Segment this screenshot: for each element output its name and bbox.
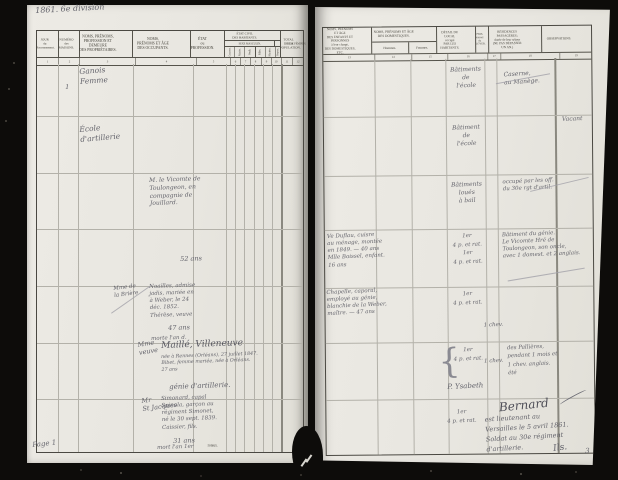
entry-r3-local: Bâtiments loués à bail xyxy=(448,180,485,205)
entry-r2-owner: École d'artillerie xyxy=(79,122,121,145)
right-table: NOMS, PRÉNOMS ET ÂGE DES ENFANTS ET PERS… xyxy=(322,25,596,456)
entry-r4-residences: Bâtiment du génie. Le Vicomte Hré de Tou… xyxy=(502,229,581,261)
grid-line xyxy=(272,64,273,452)
left-page: 1861. 6e division JOUR du Recensement. N… xyxy=(27,5,308,463)
scanned-census-register: 1861. 6e division JOUR du Recensement. N… xyxy=(0,0,618,480)
entry-r6-name: P. Ysabeth xyxy=(447,381,483,392)
grid-line xyxy=(281,64,283,452)
grid-line xyxy=(410,59,414,454)
col-header-etat-civil: ÉTAT CIVIL DES HABITANTS. SEXE MASCULIN.… xyxy=(225,31,281,57)
scan-speck xyxy=(8,88,10,90)
grid-line xyxy=(78,64,79,452)
subcol-hommes: Hommes. xyxy=(372,42,409,53)
entry-r7-signature: Ils. xyxy=(553,442,568,455)
subcol-veufs: Veufs. xyxy=(245,47,256,57)
col-header-prix-loyer: PRIX annuel du LOYER. xyxy=(476,27,489,53)
entry-r5-local: 1er 4 p. et rat. xyxy=(449,289,486,308)
entry-r5-age: 47 ans xyxy=(168,323,190,332)
col-header-occupants: NOMS, PRÉNOMS ET ÂGE DES OCCUPANTS. xyxy=(133,31,191,57)
scratch-mark xyxy=(306,454,312,462)
entry-r4-occupants: M. le Vicomte de Toulongeon, en compagni… xyxy=(149,175,201,208)
right-column-numbers: 13 14 15 16 17 18 19 xyxy=(323,53,591,62)
right-table-header: NOMS, PRÉNOMS ET ÂGE DES ENFANTS ET PERS… xyxy=(323,26,591,55)
grid-line xyxy=(263,64,264,452)
col-header-observations: OBSERVATIONS. xyxy=(542,26,591,52)
grid-line xyxy=(254,64,255,452)
col-header-total: TOTAL DE LA POPULATION. xyxy=(281,31,303,57)
scan-speck xyxy=(13,62,15,64)
col-header-numero: NUMÉRO des MAISONS. xyxy=(59,31,80,57)
handwritten-year-annotation: 1861. 6e division xyxy=(35,2,105,16)
grid-line xyxy=(235,64,236,452)
left-table: JOUR du Recensement. NUMÉRO des MAISONS.… xyxy=(36,30,304,453)
entry-r2-observation: Vacant xyxy=(562,115,583,124)
entry-r6-prix: 1 chev. xyxy=(484,358,504,366)
entry-house-number: 1 xyxy=(65,83,69,92)
entry-r6-occupants-name: Maillé, Villeneuve xyxy=(161,338,243,353)
col-header-detail-local: DÉTAIL DU LOCAL occupé PAR LES HABITANTS… xyxy=(437,27,476,53)
left-table-header: JOUR du Recensement. NUMÉRO des MAISONS.… xyxy=(37,31,303,58)
entry-r5-prix: 1 chev. xyxy=(484,322,504,330)
entry-r6-occupants-detail: née à Rennes (Orléans), 27 juillet 1847.… xyxy=(161,352,258,375)
entry-r4-age: 52 ans xyxy=(180,254,202,263)
grid-line xyxy=(37,229,303,230)
subcol-mariees: Mariées. xyxy=(266,47,276,57)
col-header-proprietaires: NOMS, PRÉNOMS, PROFESSION ET DEMEURE DES… xyxy=(80,31,133,57)
entry-r7-local: 1er 4 p. et rat. xyxy=(443,407,480,426)
grid-line xyxy=(37,116,303,117)
entry-r5-children: Chapelle, caporal, employé au génie, bla… xyxy=(326,287,387,318)
subcol-femmes: Femmes. xyxy=(409,42,436,53)
grid-line xyxy=(133,64,134,452)
pencil-slash xyxy=(508,268,585,282)
entry-r5-owner: Mme de la Brière xyxy=(113,283,139,300)
subcol-garcons: Garçons. xyxy=(225,47,235,57)
group-sexe-masculin: SEXE MASCULIN. xyxy=(225,41,275,46)
etat-civil-title: ÉTAT CIVIL DES HABITANTS. xyxy=(225,31,280,41)
col-header-etat-profession: ÉTAT ou PROFESSION. xyxy=(191,31,225,57)
grid-line xyxy=(496,58,500,453)
entry-r4-local: 1er 4 p. et rat. 1er 4 p. et rat. xyxy=(449,231,486,267)
subcol-filles: Filles. xyxy=(256,47,266,57)
grid-line xyxy=(226,64,227,452)
corner-page-mark: 3 xyxy=(585,447,590,456)
entry-r7-note: mort l'an 1er xyxy=(157,444,194,452)
entry-r1-local: Bâtiments de l'école xyxy=(447,65,484,90)
scan-speck xyxy=(5,120,7,122)
totaux-label: Totaux. xyxy=(207,444,218,448)
grid-line xyxy=(324,115,592,118)
entry-r2-local: Bâtiment de l'école xyxy=(448,123,485,148)
entry-r3-residences: occupé par les off. du 30e rgt d'artil. xyxy=(502,177,554,194)
entry-r6-margin: Mme veuve xyxy=(137,338,159,358)
grid-line xyxy=(326,398,594,401)
entry-r7-occupants: Simonard, capal Spinola, garçon au régim… xyxy=(161,394,217,432)
entry-r6-profession: génie d'artillerie. xyxy=(169,381,231,392)
subcol-maries: Mariés. xyxy=(235,47,245,57)
grid-line xyxy=(244,64,245,452)
entry-r6-local: 1er 4 p. et rat. xyxy=(450,345,487,364)
entry-r6-residences: des Pallières, pendant 1 mois et 1 chev.… xyxy=(507,342,559,377)
col-header-jour: JOUR du Recensement. xyxy=(37,31,59,57)
entry-r4-children: Ve Duflau, cuisre au ménage, montée en 1… xyxy=(327,231,386,269)
right-page: NOMS, PRÉNOMS ET ÂGE DES ENFANTS ET PERS… xyxy=(315,7,612,465)
col-header-residences: RÉSIDENCES PASSAGÈRES; durée de leur séj… xyxy=(489,26,543,52)
entry-r1-owner: Ganois Femme xyxy=(79,65,108,86)
grid-line xyxy=(37,173,303,174)
col-header-domestiques: NOMS, PRÉNOMS ET ÂGE DES DOMESTIQUES. Ho… xyxy=(372,27,437,54)
entry-r5-occupants: Noailles, admise jadis, mariée en à Webe… xyxy=(149,282,196,319)
col-header-enfants: NOMS, PRÉNOMS ET ÂGE DES ENFANTS ET PERS… xyxy=(323,28,372,54)
grid-line xyxy=(58,64,59,452)
scan-noise xyxy=(80,469,82,471)
